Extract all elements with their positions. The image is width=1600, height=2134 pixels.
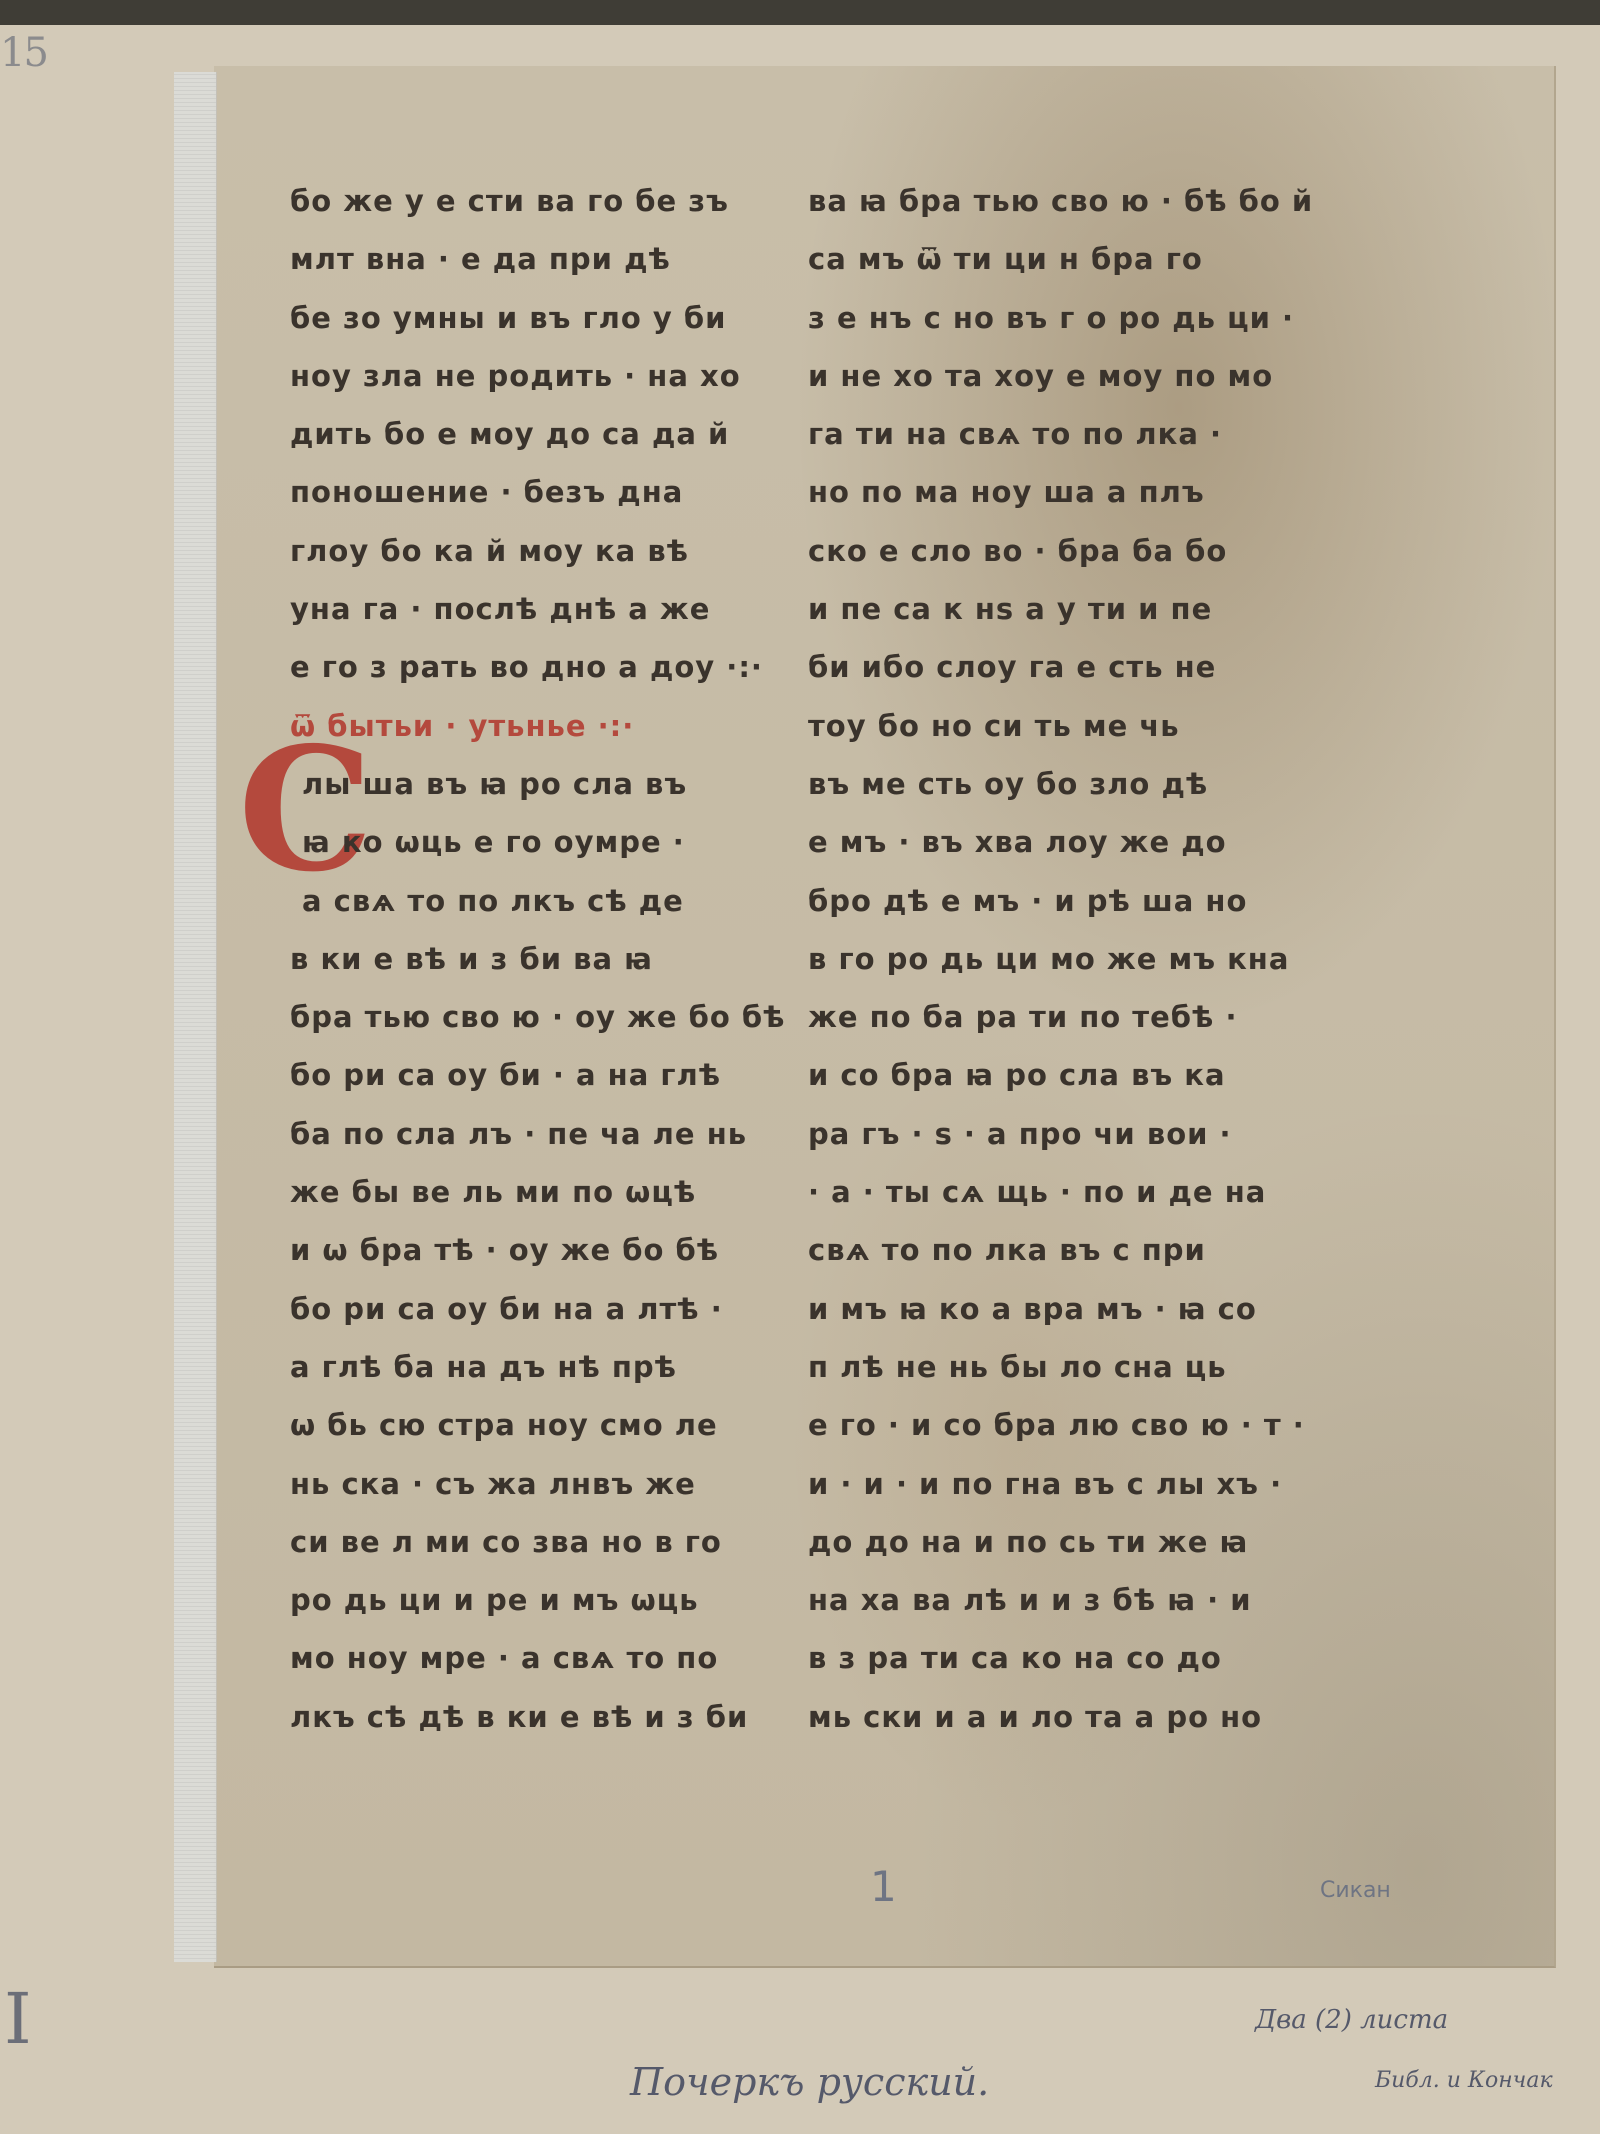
manuscript-line: бе зо умны и въ гло у би [290, 289, 790, 347]
manuscript-line: ро дь ци и ре и мъ ѡць [290, 1571, 790, 1629]
manuscript-line: же бы ве ль ми по ѡцѣ [290, 1163, 790, 1221]
manuscript-line: на ха ва лѣ и и з бѣ ꙗ · и [808, 1571, 1328, 1629]
manuscript-line: до до на и по сь ти же ꙗ [808, 1513, 1328, 1571]
manuscript-line: въ ме сть оу бо зло дѣ [808, 755, 1328, 813]
left-text-column: бо же у е сти ва го бе зъмлт вна · е да … [290, 172, 790, 1746]
manuscript-line: уна га · послѣ днѣ а же [290, 580, 790, 638]
manuscript-line: ноу зла не родить · на хо [290, 347, 790, 405]
manuscript-line: е го · и со бра лю сво ю · т · [808, 1396, 1328, 1454]
manuscript-line: са мъ ѿ ти ци н бра го [808, 230, 1328, 288]
manuscript-line: а глѣ ба на дъ нѣ прѣ [290, 1338, 790, 1396]
manuscript-line: в го ро дь ци мо же мъ кна [808, 930, 1328, 988]
scanner-top-bar [0, 0, 1600, 25]
manuscript-line: ѡ бь сю стра ноу смо ле [290, 1396, 790, 1454]
manuscript-line: бро дѣ е мъ · и рѣ ша но [808, 872, 1328, 930]
manuscript-line: ско е сло во · бра ба бо [808, 522, 1328, 580]
manuscript-line: свѧ то по лка въ с при [808, 1221, 1328, 1279]
library-note: Библ. и Кончак [1375, 2068, 1553, 2093]
manuscript-line: нь ска · съ жа лнвъ же [290, 1455, 790, 1513]
manuscript-line: ꙗ ко ѡць е го оумре · [290, 813, 790, 871]
folio-number: 1 [870, 1862, 897, 1911]
script-label-note: Почеркъ русский. [630, 2060, 989, 2104]
manuscript-line: мь ски и а и ло та а ро но [808, 1688, 1328, 1746]
manuscript-line: · а · ты сѧ щь · по и де на [808, 1163, 1328, 1221]
manuscript-line: бо ри са оу би · а на глѣ [290, 1046, 790, 1104]
manuscript-line: си ве л ми со зва но в го [290, 1513, 790, 1571]
manuscript-line: е го з рать во дно а доу ·:· [290, 638, 790, 696]
manuscript-line: и пе са к нѕ а у ти и пе [808, 580, 1328, 638]
manuscript-line: бо же у е сти ва го бе зъ [290, 172, 790, 230]
manuscript-line: лкъ сѣ дѣ в ки е вѣ и з би [290, 1688, 790, 1746]
roman-numeral-mark: I [4, 1978, 32, 2060]
manuscript-line: и · и · и по гна въ с лы хъ · [808, 1455, 1328, 1513]
manuscript-line: би ибо слоу га е сть не [808, 638, 1328, 696]
manuscript-line: дить бо е моу до са да й [290, 405, 790, 463]
manuscript-line: ѿ бытьи · утьнье ·:· [290, 697, 790, 755]
manuscript-line: лы ша въ ꙗ ро сла въ [290, 755, 790, 813]
manuscript-line: же по ба ра ти по тебѣ · [808, 988, 1328, 1046]
manuscript-line: е мъ · въ хва лоу же до [808, 813, 1328, 871]
manuscript-line: и не хо та хоу е моу по мо [808, 347, 1328, 405]
manuscript-line: ва ꙗ бра тью сво ю · бѣ бо й [808, 172, 1328, 230]
manuscript-line: з е нъ с но въ г о ро дь ци · [808, 289, 1328, 347]
manuscript-line: млт вна · е да при дѣ [290, 230, 790, 288]
manuscript-line: а свѧ то по лкъ сѣ де [290, 872, 790, 930]
manuscript-line: и мъ ꙗ ко а вра мъ · ꙗ со [808, 1280, 1328, 1338]
manuscript-line: но по ма ноу ша а плъ [808, 463, 1328, 521]
library-stamp: Сикан [1320, 1878, 1391, 1903]
manuscript-line: глоу бо ка й моу ка вѣ [290, 522, 790, 580]
manuscript-line: тоу бо но си ть ме чь [808, 697, 1328, 755]
repair-tape-strip [174, 72, 217, 1962]
manuscript-line: и ѡ бра тѣ · оу же бо бѣ [290, 1221, 790, 1279]
manuscript-line: бра тью сво ю · оу же бо бѣ [290, 988, 790, 1046]
manuscript-line: бо ри са оу би на а лтѣ · [290, 1280, 790, 1338]
manuscript-line: п лѣ не нь бы ло сна ць [808, 1338, 1328, 1396]
manuscript-line: ра гъ · ѕ · а про чи вои · [808, 1105, 1328, 1163]
manuscript-line: в ки е вѣ и з би ва ꙗ [290, 930, 790, 988]
manuscript-line: и со бра ꙗ ро сла въ ка [808, 1046, 1328, 1104]
manuscript-line: поношение · безъ дна [290, 463, 790, 521]
manuscript-line: в з ра ти са ко на со до [808, 1629, 1328, 1687]
leaf-count-note: Два (2) листа [1255, 2005, 1448, 2035]
manuscript-line: мо ноу мре · а свѧ то по [290, 1629, 790, 1687]
manuscript-line: га ти на свѧ то по лка · [808, 405, 1328, 463]
manuscript-line: ба по сла лъ · пе ча ле нь [290, 1105, 790, 1163]
right-text-column: ва ꙗ бра тью сво ю · бѣ бо йса мъ ѿ ти ц… [808, 172, 1328, 1746]
corner-pencil-mark: 15 [0, 30, 47, 76]
